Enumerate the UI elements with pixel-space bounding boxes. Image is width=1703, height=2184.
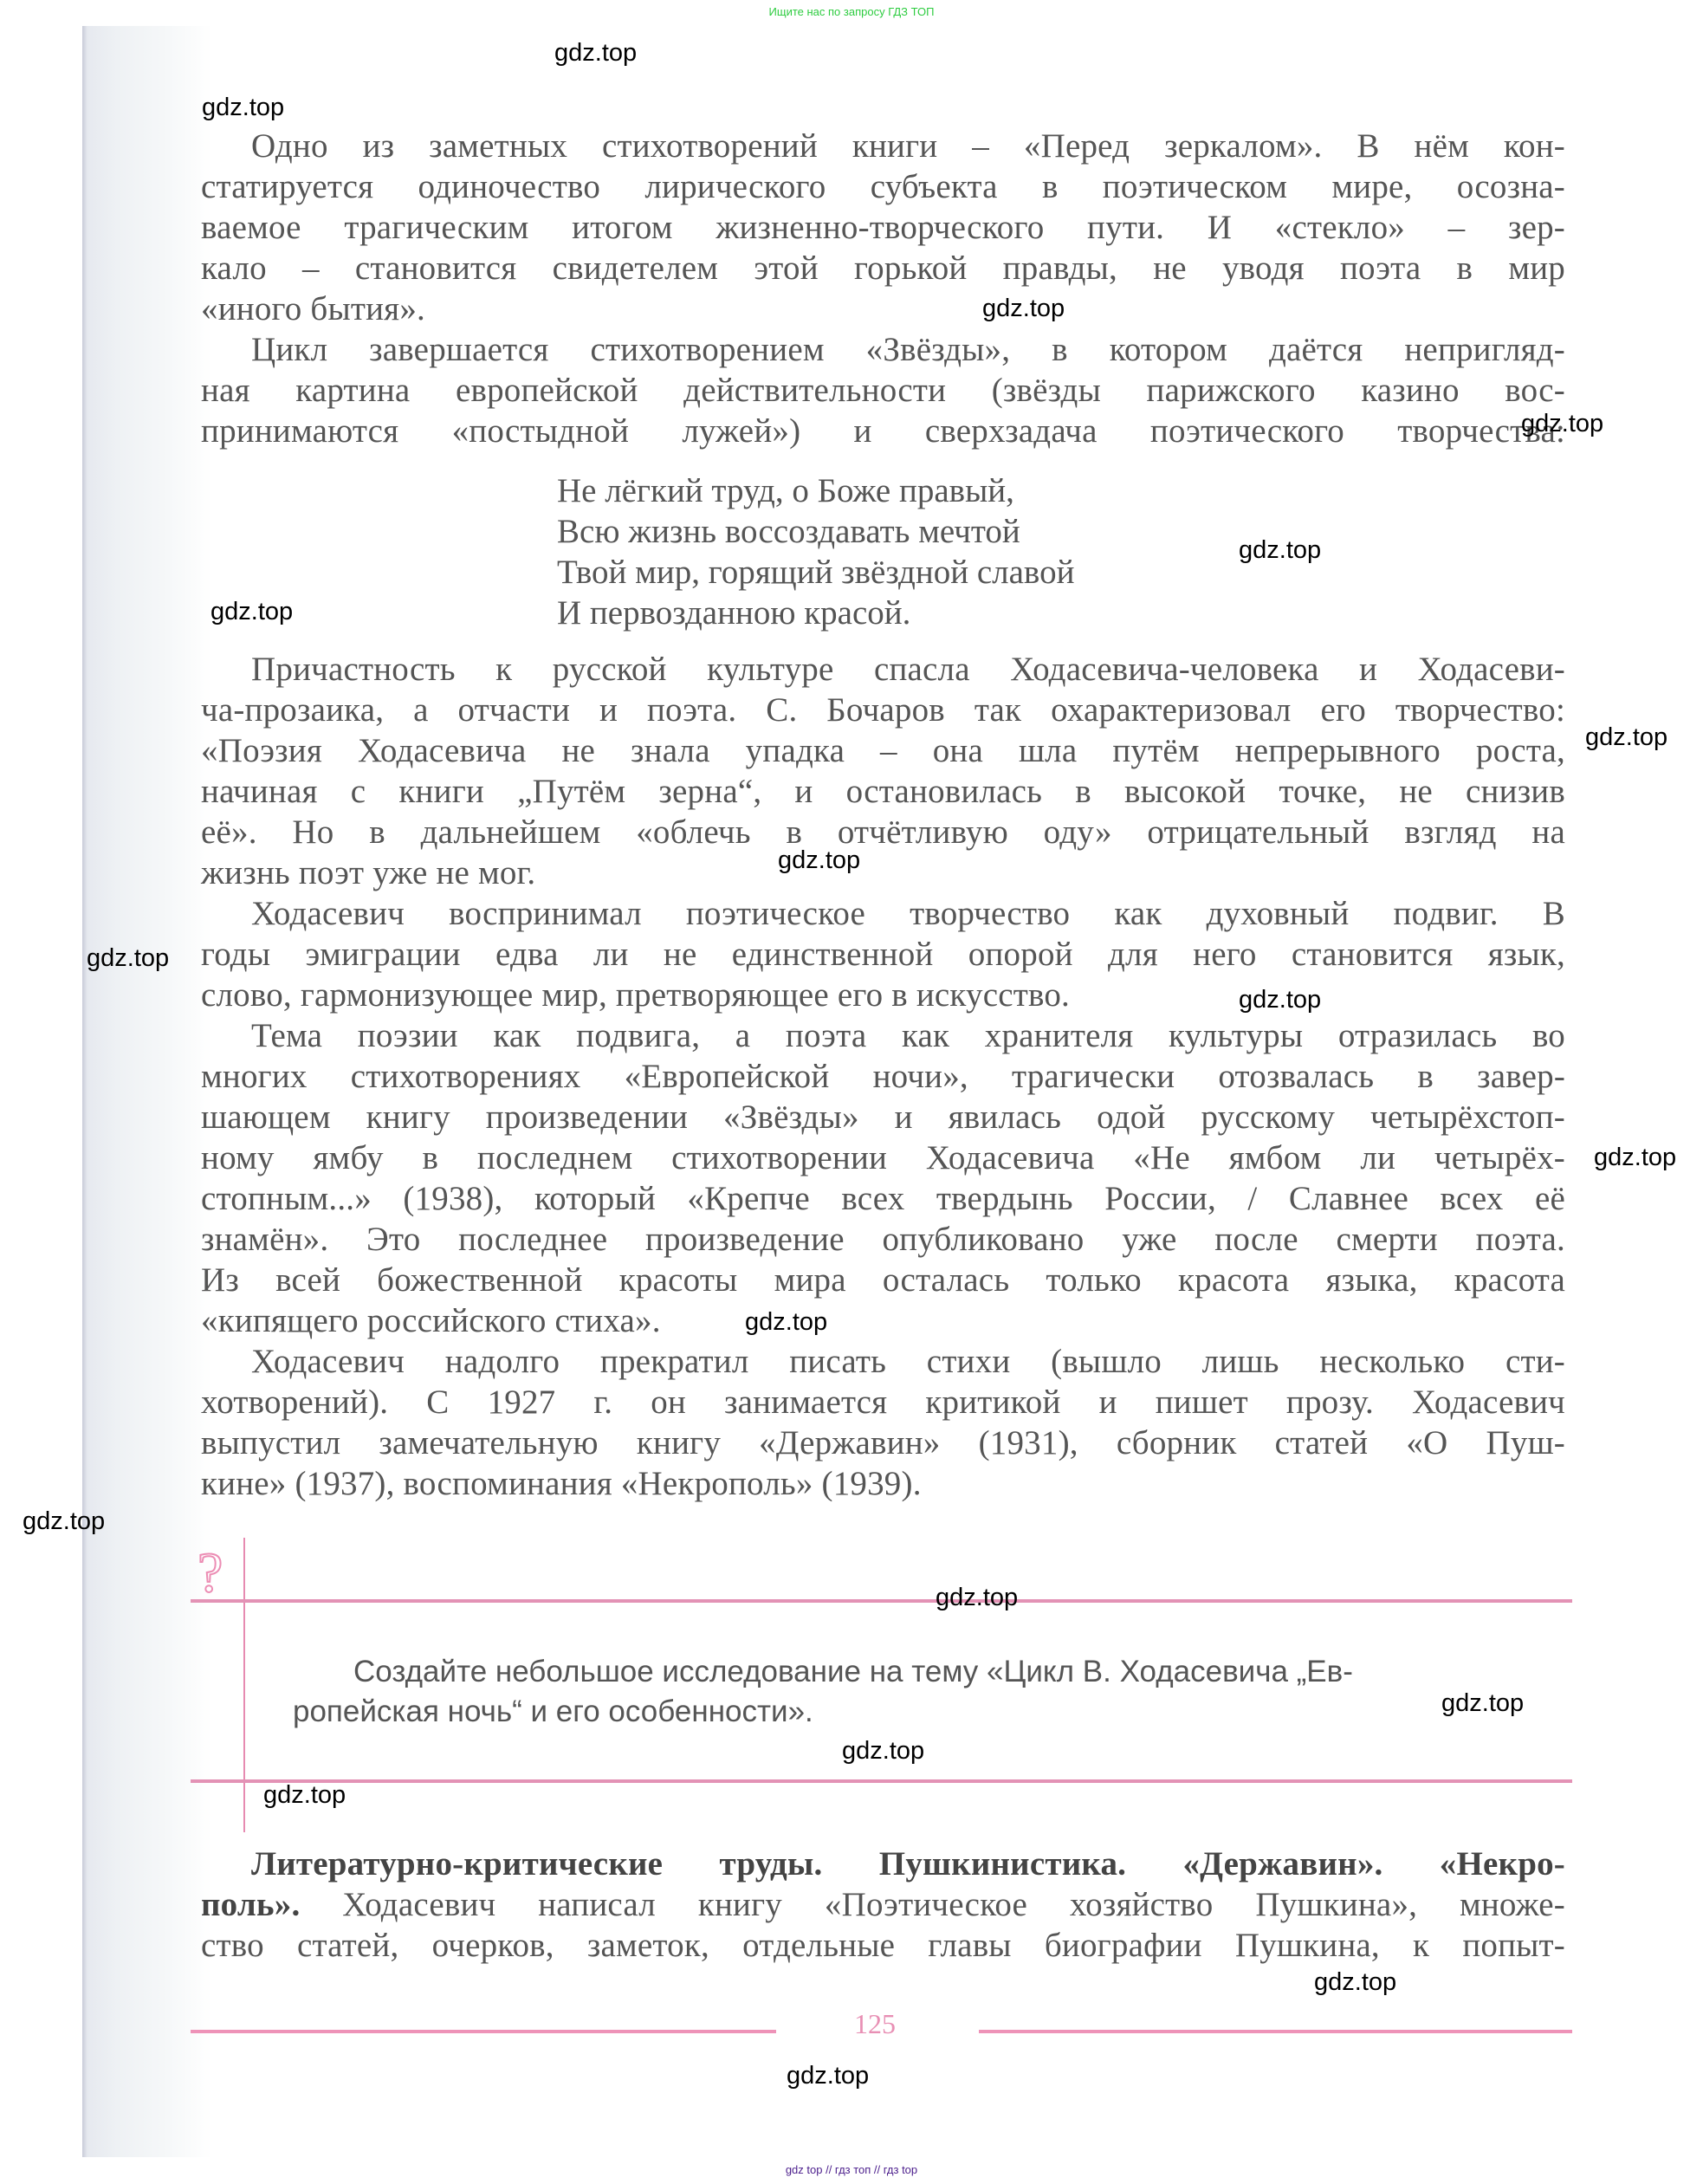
text-line: начиная с книги „Путём зерна“, и останов…	[201, 771, 1565, 812]
question-line: Создайте небольшое исследование на тему …	[353, 1652, 1353, 1692]
text-line: ча-прозаика, а отчасти и поэта. С. Бочар…	[201, 690, 1565, 730]
question-box-top-rule	[191, 1599, 1572, 1603]
poem-line: И первозданною красой.	[557, 593, 910, 633]
text-line: поль». Ходасевич написал книгу «Поэтичес…	[201, 1884, 1565, 1925]
poem-line: Не лёгкий труд, о Боже правый,	[557, 470, 1014, 511]
text-line: «Поэзия Ходасевича не знала упадка – она…	[201, 730, 1565, 771]
bottom-links[interactable]: gdz top // гдз топ // гдз top	[0, 2163, 1703, 2176]
text-line: «иного бытия».	[201, 288, 1565, 329]
watermark: gdz.top	[982, 295, 1065, 323]
text-line: стопным...» (1938), который «Крепче всех…	[201, 1178, 1565, 1219]
watermark: gdz.top	[87, 944, 169, 973]
section-heading: Литературно-критические труды. Пушкинист…	[251, 1845, 1565, 1883]
watermark: gdz.top	[554, 39, 637, 68]
section-heading-line: Литературно-критические труды. Пушкинист…	[251, 1844, 1565, 1884]
watermark: gdz.top	[1594, 1144, 1676, 1172]
text-line: Причастность к русской культуре спасла Х…	[251, 649, 1565, 690]
text-line: Цикл завершается стихотворением «Звёзды»…	[251, 329, 1565, 370]
book-spine-shadow	[82, 26, 212, 2157]
text-line: годы эмиграции едва ли не единственной о…	[201, 934, 1565, 975]
watermark: gdz.top	[842, 1737, 924, 1766]
text-line: её». Но в дальнейшем «облечь в отчётливу…	[201, 812, 1565, 852]
text-line: Тема поэзии как подвига, а поэта как хра…	[251, 1015, 1565, 1056]
text-line: хотворений). С 1927 г. он занимается кри…	[201, 1382, 1565, 1423]
watermark: gdz.top	[778, 846, 860, 875]
text-line: выпустил замечательную книгу «Державин» …	[201, 1423, 1565, 1463]
question-box-bottom-rule	[191, 1779, 1572, 1783]
footer-rule-left	[191, 2030, 776, 2033]
watermark: gdz.top	[936, 1584, 1018, 1612]
watermark: gdz.top	[787, 2062, 869, 2090]
text-line: слово, гармонизующее мир, претворяющее е…	[201, 975, 1565, 1015]
text-line: Из всей божественной красоты мира остала…	[201, 1260, 1565, 1300]
watermark: gdz.top	[1239, 536, 1321, 565]
text-line: ство статей, очерков, заметок, отдельные…	[201, 1925, 1565, 1966]
text-line: кало – становится свидетелем этой горько…	[201, 248, 1565, 288]
watermark: gdz.top	[1441, 1689, 1524, 1718]
text-line: знамён». Это последнее произведение опуб…	[201, 1219, 1565, 1260]
page-number: 125	[832, 2008, 918, 2040]
watermark: gdz.top	[1239, 986, 1321, 1014]
watermark: gdz.top	[23, 1507, 105, 1536]
text-line: Ходасевич воспринимал поэтическое творче…	[251, 893, 1565, 934]
question-mark-icon: ?	[197, 1540, 223, 1606]
text-line: шающем книгу произведении «Звёзды» и яви…	[201, 1097, 1565, 1137]
text-line: Ходасевич надолго прекратил писать стихи…	[251, 1341, 1565, 1382]
watermark: gdz.top	[1521, 410, 1603, 438]
watermark: gdz.top	[263, 1781, 346, 1810]
section-heading-end: поль».	[201, 1886, 300, 1923]
watermark: gdz.top	[1314, 1968, 1396, 1997]
poem-line: Твой мир, горящий звёздной славой	[557, 552, 1074, 593]
text-line: Одно из заметных стихотворений книги – «…	[251, 126, 1565, 166]
poem-line: Всю жизнь воссоздавать мечтой	[557, 511, 1020, 552]
text-line: ному ямбу в последнем стихотворении Хода…	[201, 1137, 1565, 1178]
question-line: ропейская ночь“ и его особенности».	[293, 1692, 813, 1732]
footer-rule-right	[979, 2030, 1572, 2033]
watermark: gdz.top	[745, 1308, 827, 1337]
text-line: ваемое трагическим итогом жизненно-творч…	[201, 207, 1565, 248]
text-line: статируется одиночество лирического субъ…	[201, 166, 1565, 207]
watermark: gdz.top	[1585, 723, 1667, 752]
question-box-vertical-rule	[243, 1538, 245, 1832]
text-line: «кипящего российского стиха».	[201, 1300, 1565, 1341]
text-line: многих стихотворениях «Европейской ночи»…	[201, 1056, 1565, 1097]
watermark: gdz.top	[202, 94, 284, 122]
text-line: жизнь поэт уже не мог.	[201, 852, 1565, 893]
watermark: gdz.top	[210, 598, 293, 626]
text-line: ная картина европейской действительности…	[201, 370, 1565, 411]
text-line: принимаются «постыдной лужей») и сверхза…	[201, 411, 1565, 451]
top-banner[interactable]: Ищите нас по запросу ГДЗ ТОП	[0, 5, 1703, 18]
text-line: кине» (1937), воспоминания «Некрополь» (…	[201, 1463, 1565, 1504]
